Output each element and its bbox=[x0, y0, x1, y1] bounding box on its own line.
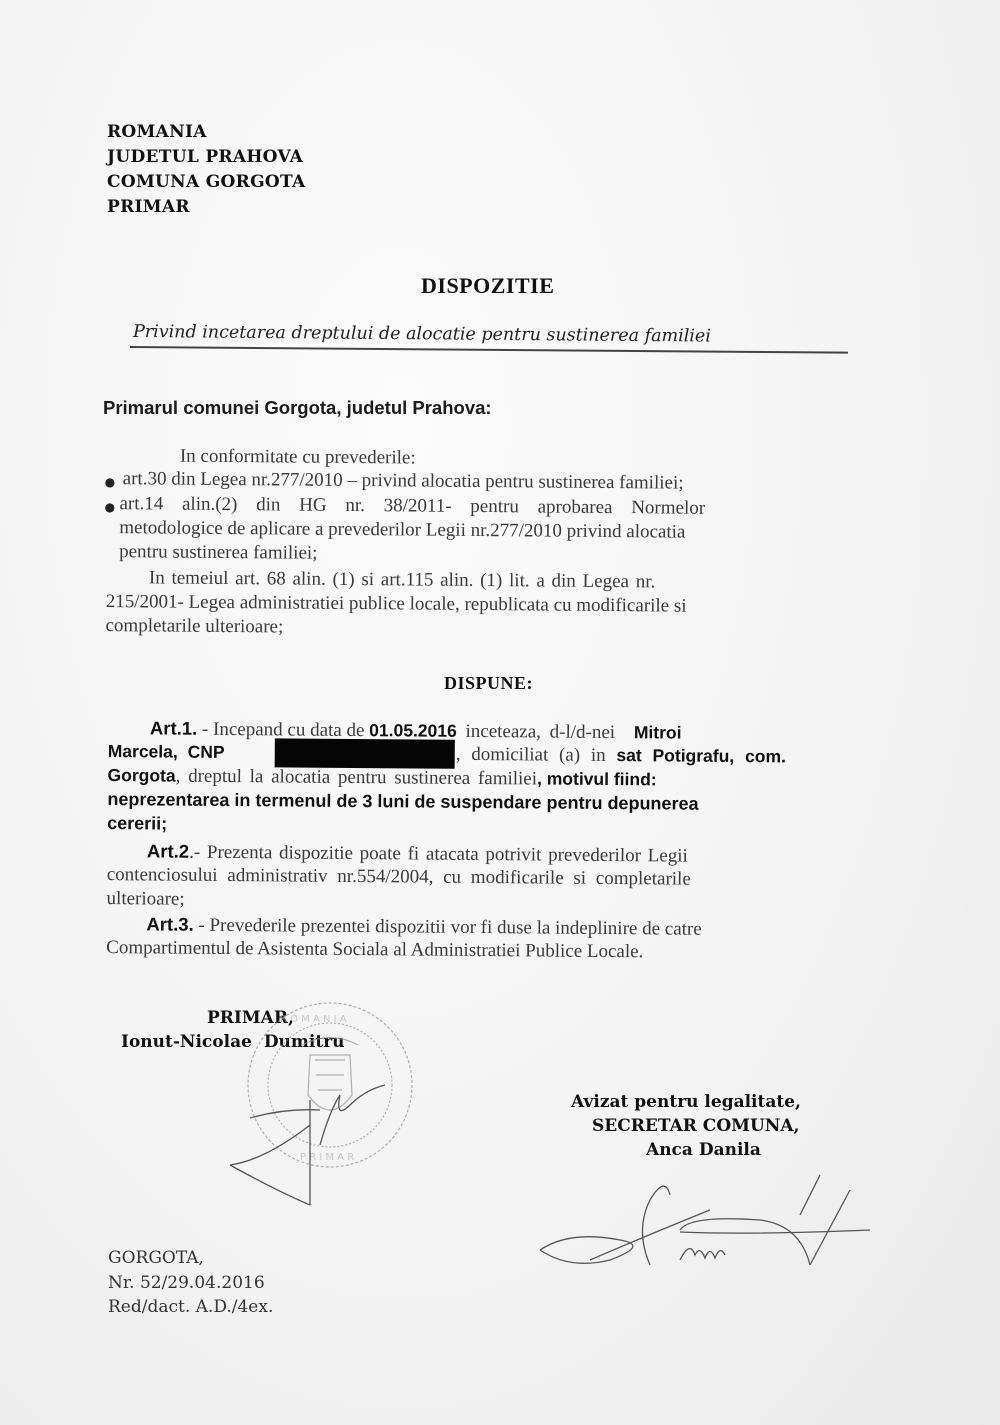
secretary-name: Anca Danila bbox=[646, 1140, 761, 1160]
article-1-line-2b: , domiciliat (a) in sat Potigrafu, com. bbox=[456, 744, 786, 769]
footer-number-date: Nr. 52/29.04.2016 bbox=[108, 1273, 265, 1293]
article-1-line-4: neprezentarea in termenul de 3 luni de s… bbox=[107, 789, 698, 816]
beneficiary-name-cnp: Marcela, CNP bbox=[108, 741, 225, 762]
article-3-line-2: Compartimentul de Asistenta Sociala al A… bbox=[106, 937, 643, 963]
cnp-redaction bbox=[275, 738, 455, 768]
beneficiary-address: sat Potigrafu, com. bbox=[616, 745, 786, 766]
secretary-role: SECRETAR COMUNA, bbox=[592, 1116, 799, 1136]
article-2-label: Art.2 bbox=[147, 840, 189, 861]
article-2-line-2: contenciosului administrativ nr.554/2004… bbox=[107, 864, 691, 891]
footer-redactor: Red/dact. A.D./4ex. bbox=[108, 1297, 273, 1317]
reason-text-1: neprezentarea in termenul de 3 luni de s… bbox=[107, 789, 698, 814]
svg-text:R O M A N I A: R O M A N I A bbox=[280, 1014, 347, 1025]
mayor-signature-icon bbox=[225, 1050, 375, 1210]
article-3-line-1: Art.3. - Prevederile prezentei dispoziti… bbox=[146, 913, 702, 940]
article-1-line-3: Gorgota, dreptul la alocatia pentru sust… bbox=[107, 765, 656, 791]
article-2-line-1: Art.2.- Prezenta dispozitie poate fi ata… bbox=[147, 840, 688, 867]
legality-note: Avizat pentru legalitate, bbox=[571, 1092, 801, 1112]
secretary-signature-icon bbox=[530, 1170, 870, 1280]
article-1-line-5: cererii; bbox=[107, 813, 167, 835]
footer-place: GORGOTA, bbox=[108, 1248, 204, 1268]
article-2: Art.2.- Prezenta dispozitie poate fi ata… bbox=[6, 0, 1000, 7]
article-1-line-2: Marcela, CNP bbox=[108, 741, 225, 764]
article-3-label: Art.3. bbox=[146, 913, 193, 934]
article-1: Art.1. - Incepand cu data de 01.05.2016 … bbox=[6, 0, 1000, 7]
beneficiary-surname: Mitroi bbox=[634, 722, 682, 742]
article-2-line-3: ulterioare; bbox=[107, 888, 185, 911]
document-page: ROMANIA JUDETUL PRAHOVA COMUNA GORGOTA P… bbox=[0, 0, 1000, 1425]
article-1-label: Art.1. bbox=[150, 717, 197, 738]
article-1-date: 01.05.2016 bbox=[369, 720, 457, 741]
beneficiary-commune: Gorgota bbox=[107, 765, 175, 786]
reason-text-2: cererii; bbox=[107, 813, 167, 833]
reason-label: , motivul fiind: bbox=[537, 768, 657, 789]
article-3: Art.3. - Prevederile prezentei dispoziti… bbox=[6, 0, 1000, 7]
